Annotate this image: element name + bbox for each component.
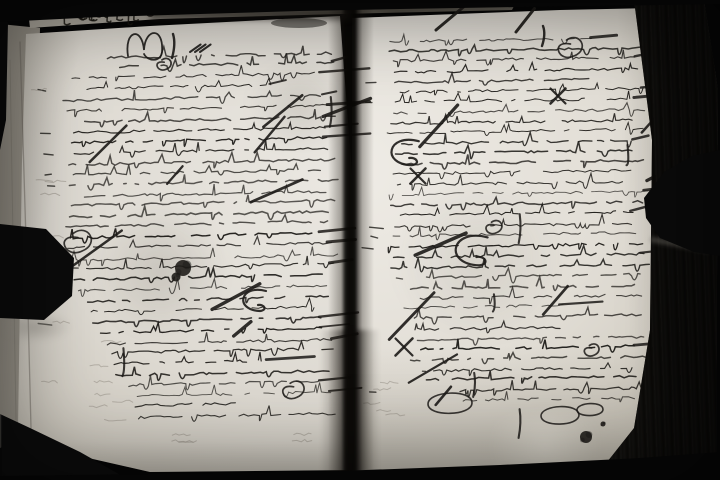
handwriting-right-page	[362, 35, 686, 438]
archival-photo	[0, 0, 720, 480]
book-gutter-flare	[320, 330, 380, 478]
ink-blots	[172, 18, 606, 443]
